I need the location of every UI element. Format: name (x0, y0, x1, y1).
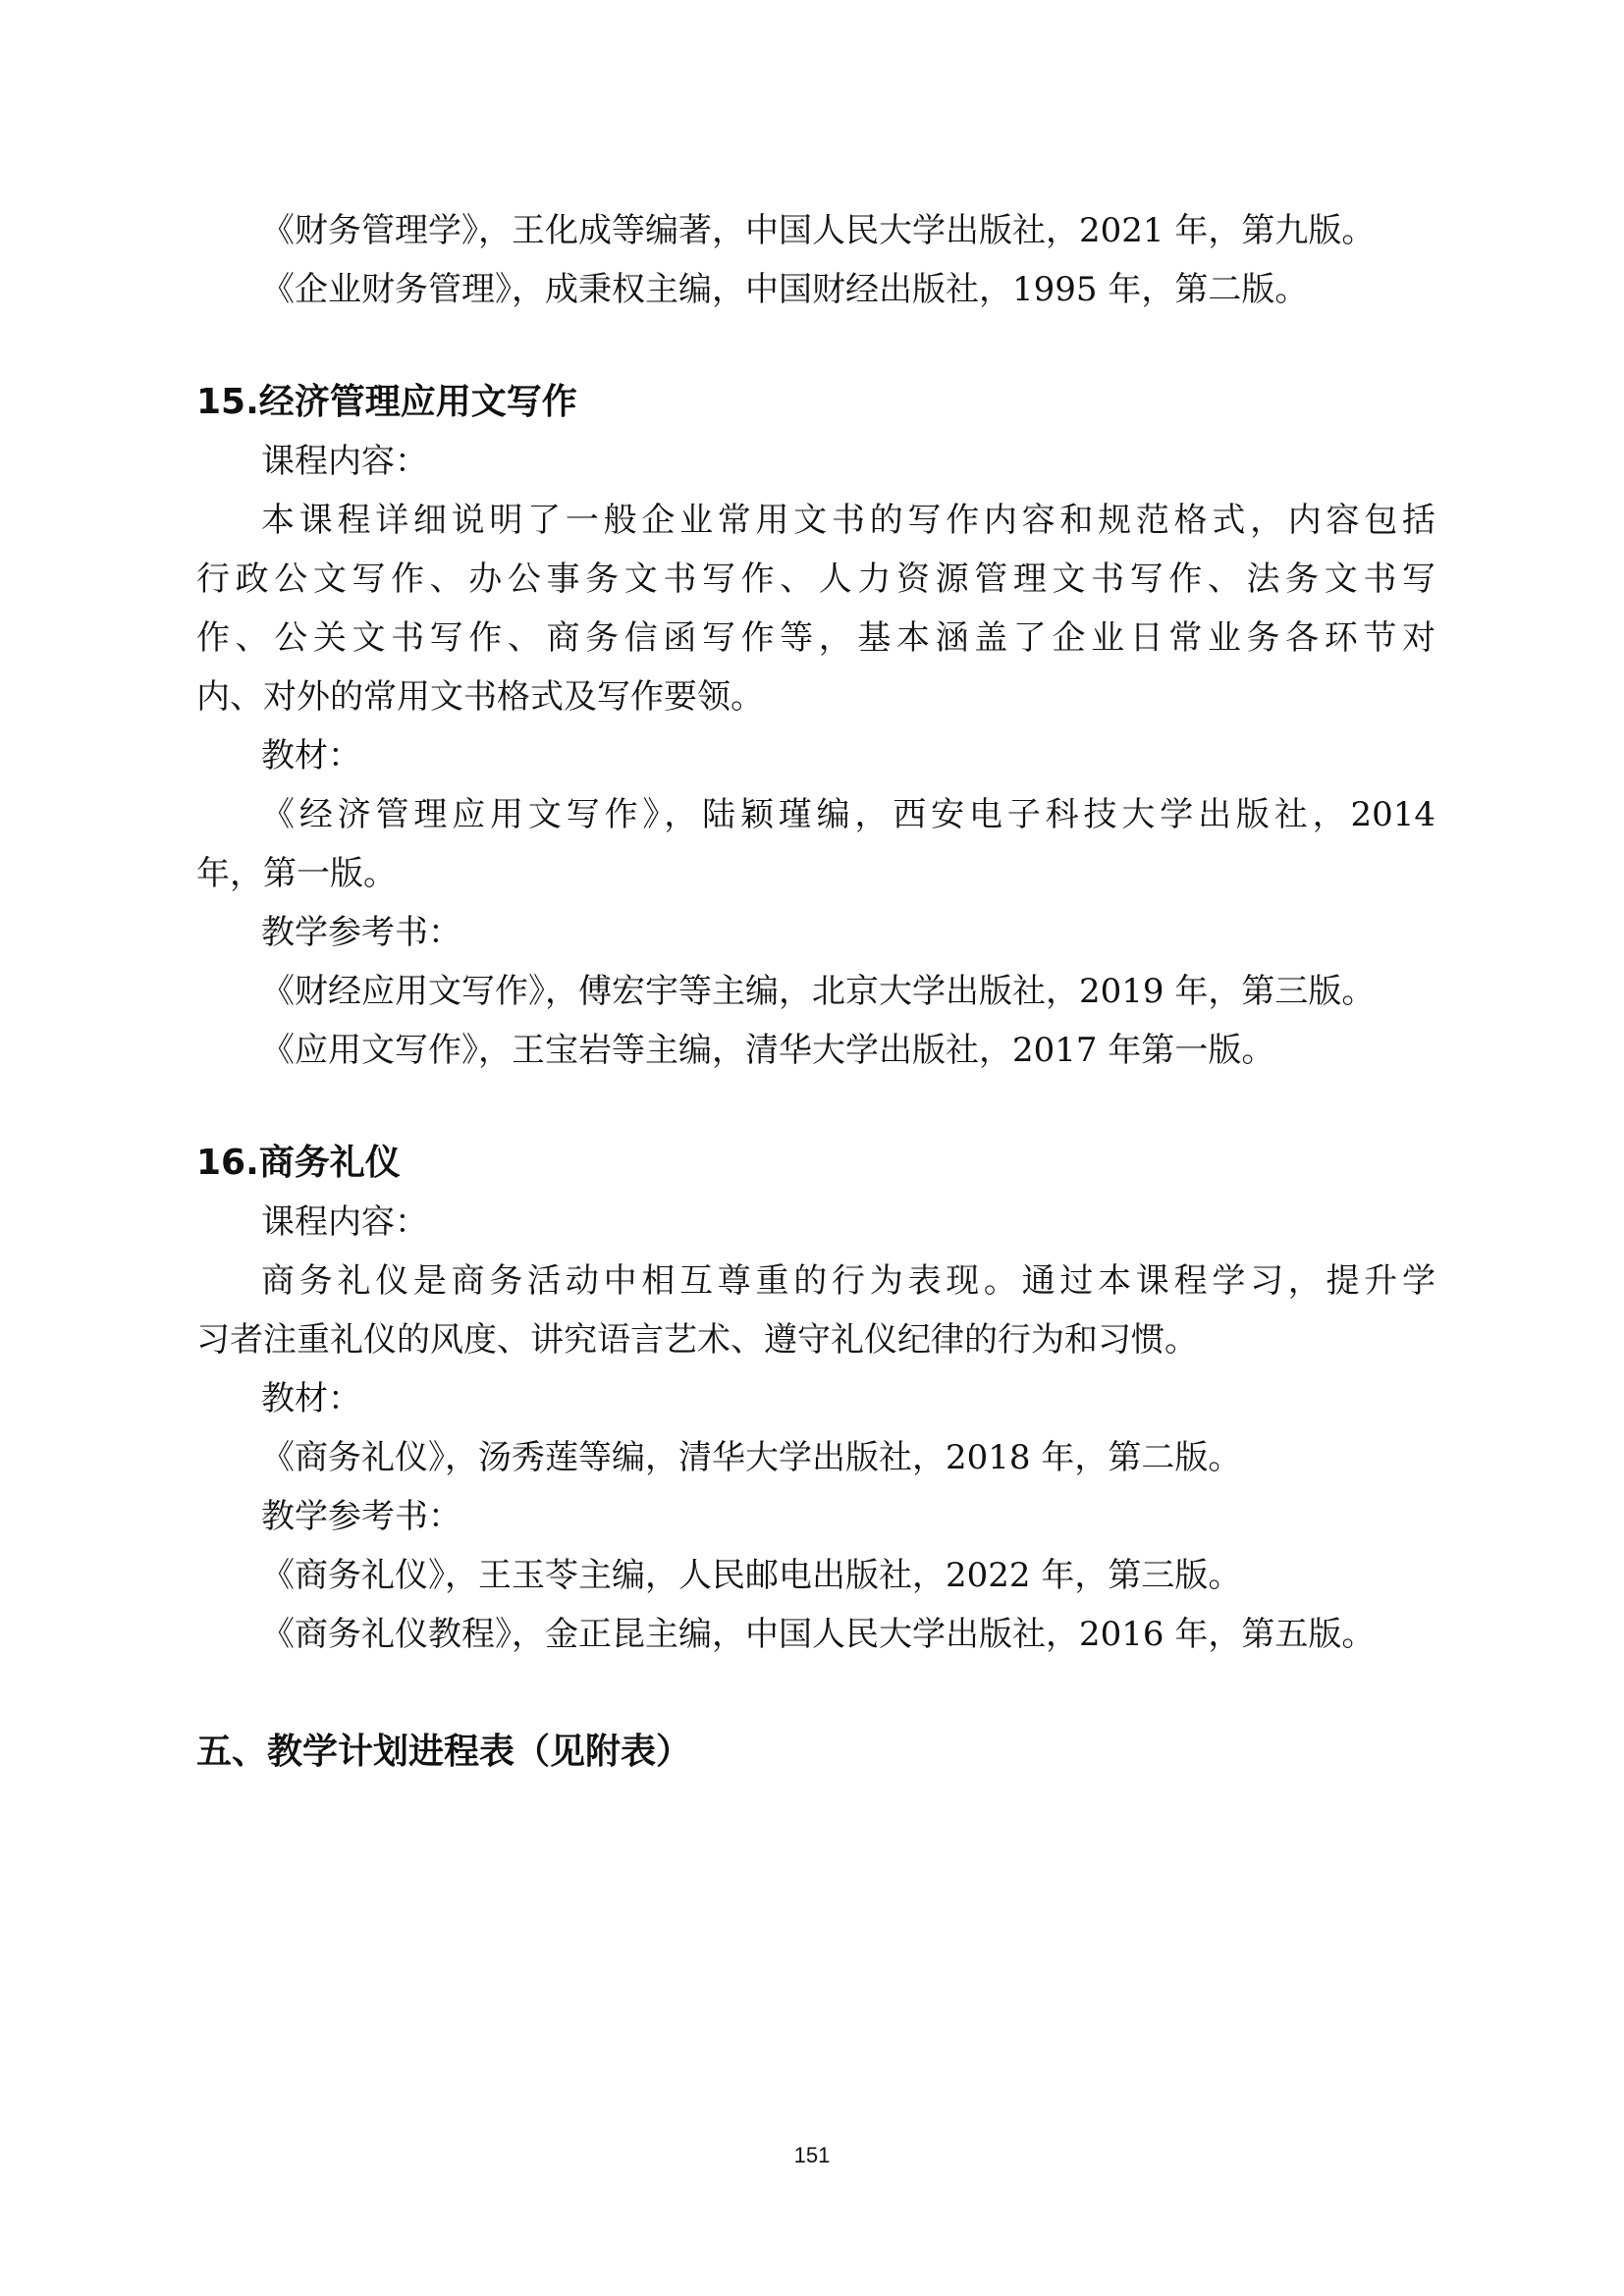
course-content-label: 课程内容： (261, 1202, 428, 1242)
course-15-heading: 15.经济管理应用文写作 (196, 383, 577, 422)
references-label: 教学参考书： (261, 1497, 461, 1536)
course-content-line: 内、对外的常用文书格式及写作要领。 (196, 677, 764, 717)
course-content-line: 行政公文写作、办公事务文书写作、人力资源管理文书写作、法务文书写 (196, 560, 1435, 599)
reference-line: 《财经应用文写作》，傅宏宇等主编，北京大学出版社，2019 年，第三版。 (261, 972, 1375, 1011)
section-5-heading: 五、教学计划进程表（见附表） (196, 1733, 691, 1772)
reference-line: 《财务管理学》，王化成等编著，中国人民大学出版社，2021 年，第九版。 (261, 211, 1375, 250)
reference-line: 《商务礼仪》，王玉苓主编，人民邮电出版社，2022 年，第三版。 (261, 1556, 1241, 1595)
reference-line: 《企业财务管理》，成秉权主编，中国财经出版社，1995 年，第二版。 (261, 270, 1308, 309)
textbook-line: 年，第一版。 (196, 854, 397, 893)
course-content-line: 本课程详细说明了一般企业常用文书的写作内容和规范格式，内容包括 (261, 501, 1435, 540)
course-content-label: 课程内容： (261, 442, 428, 481)
page-number: 151 (0, 2143, 1624, 2168)
textbook-label: 教材： (261, 736, 361, 775)
reference-line: 《商务礼仪教程》，金正昆主编，中国人民大学出版社，2016 年，第五版。 (261, 1615, 1375, 1654)
textbook-label: 教材： (261, 1379, 361, 1418)
references-label: 教学参考书： (261, 913, 461, 952)
textbook-line: 《商务礼仪》，汤秀莲等编，清华大学出版社，2018 年，第二版。 (261, 1438, 1241, 1477)
course-content-line: 作、公关文书写作、商务信函写作等，基本涵盖了企业日常业务各环节对 (196, 618, 1435, 658)
reference-line: 《应用文写作》，王宝岩等主编，清华大学出版社，2017 年第一版。 (261, 1031, 1274, 1070)
textbook-line: 《经济管理应用文写作》，陆颖瑾编，西安电子科技大学出版社，2014 (261, 795, 1435, 834)
course-content-line: 习者注重礼仪的风度、讲究语言艺术、遵守礼仪纪律的行为和习惯。 (196, 1320, 1198, 1360)
course-content-line: 商务礼仪是商务活动中相互尊重的行为表现。通过本课程学习，提升学 (261, 1261, 1435, 1301)
course-16-heading: 16.商务礼仪 (196, 1144, 401, 1183)
